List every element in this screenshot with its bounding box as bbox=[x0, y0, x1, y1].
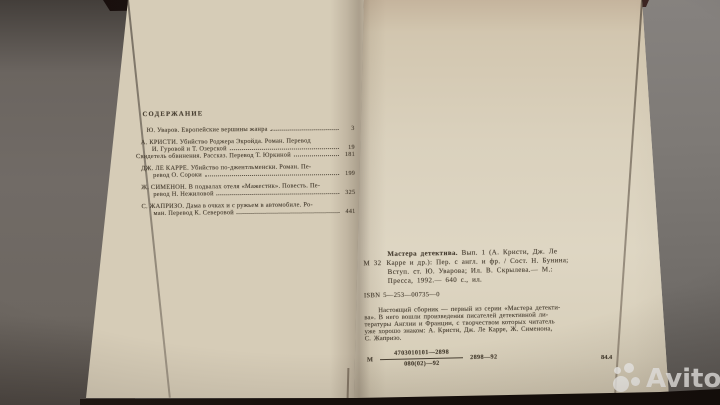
toc-page-number: 181 bbox=[342, 151, 355, 158]
imprint-block: Мастера детектива. Вып. 1 (А. Кристи, Дж… bbox=[363, 246, 662, 343]
isbn-line: ISBN 5—253—00735—0 bbox=[364, 287, 662, 301]
imprint-line-text: Вып. 1 (А. Кристи, Дж. Ле bbox=[458, 247, 558, 257]
toc-dot-leader bbox=[294, 155, 339, 156]
toc-entry-text: Свидетель обвинения. Рассказ. Перевод Т.… bbox=[136, 152, 291, 161]
toc-entry-text: ман. Перевод К. Северовой bbox=[153, 210, 234, 218]
avito-brand-text: Avito bbox=[646, 366, 720, 392]
toc-row: Ю. Уваров. Европейские вершины жанра 3 bbox=[141, 125, 355, 134]
toc-header: СОДЕРЖАНИЕ bbox=[142, 109, 354, 118]
table-of-contents: СОДЕРЖАНИЕ Ю. Уваров. Европейские вершин… bbox=[140, 109, 355, 218]
toc-dot-leader bbox=[217, 193, 340, 195]
catalog-suffix: 2898—92 bbox=[470, 353, 497, 361]
toc-entry-text: ревод О. Сороки bbox=[153, 172, 202, 180]
bbk-code: 84.4 bbox=[601, 354, 612, 361]
toc-entry-text: Ю. Уваров. Европейские вершины жанра bbox=[147, 126, 268, 134]
catalog-prefix: М bbox=[367, 356, 373, 363]
toc-page-number: 325 bbox=[342, 189, 355, 196]
catalog-code: М 4703010101—2898 080(02)—92 2898—92 bbox=[367, 348, 498, 369]
toc-row: Свидетель обвинения. Рассказ. Перевод Т.… bbox=[136, 151, 355, 160]
toc-page-number: 441 bbox=[342, 208, 355, 215]
toc-dot-leader bbox=[237, 212, 340, 214]
toc-entry-text: ревод Н. Нежиловой bbox=[153, 191, 214, 199]
imprint-title: Мастера детектива. bbox=[387, 249, 458, 258]
toc-dot-leader bbox=[205, 174, 339, 176]
toc-page-number: 199 bbox=[342, 170, 355, 177]
avito-watermark: Avito bbox=[613, 363, 720, 394]
book-photo: СОДЕРЖАНИЕ Ю. Уваров. Европейские вершин… bbox=[0, 0, 720, 405]
imprint-index-code: М 32 bbox=[363, 259, 381, 268]
toc-dot-leader bbox=[230, 148, 339, 150]
annotation-block: Настоящий сборник — первый из серии «Мас… bbox=[364, 303, 663, 343]
toc-row: ревод О. Сороки 199 bbox=[141, 170, 355, 179]
toc-row: ревод Н. Нежиловой 325 bbox=[141, 189, 355, 198]
toc-dot-leader bbox=[271, 129, 339, 131]
catalog-fraction: 4703010101—2898 080(02)—92 bbox=[380, 348, 463, 368]
toc-page-number: 3 bbox=[342, 125, 355, 132]
avito-logo-icon bbox=[613, 363, 643, 394]
